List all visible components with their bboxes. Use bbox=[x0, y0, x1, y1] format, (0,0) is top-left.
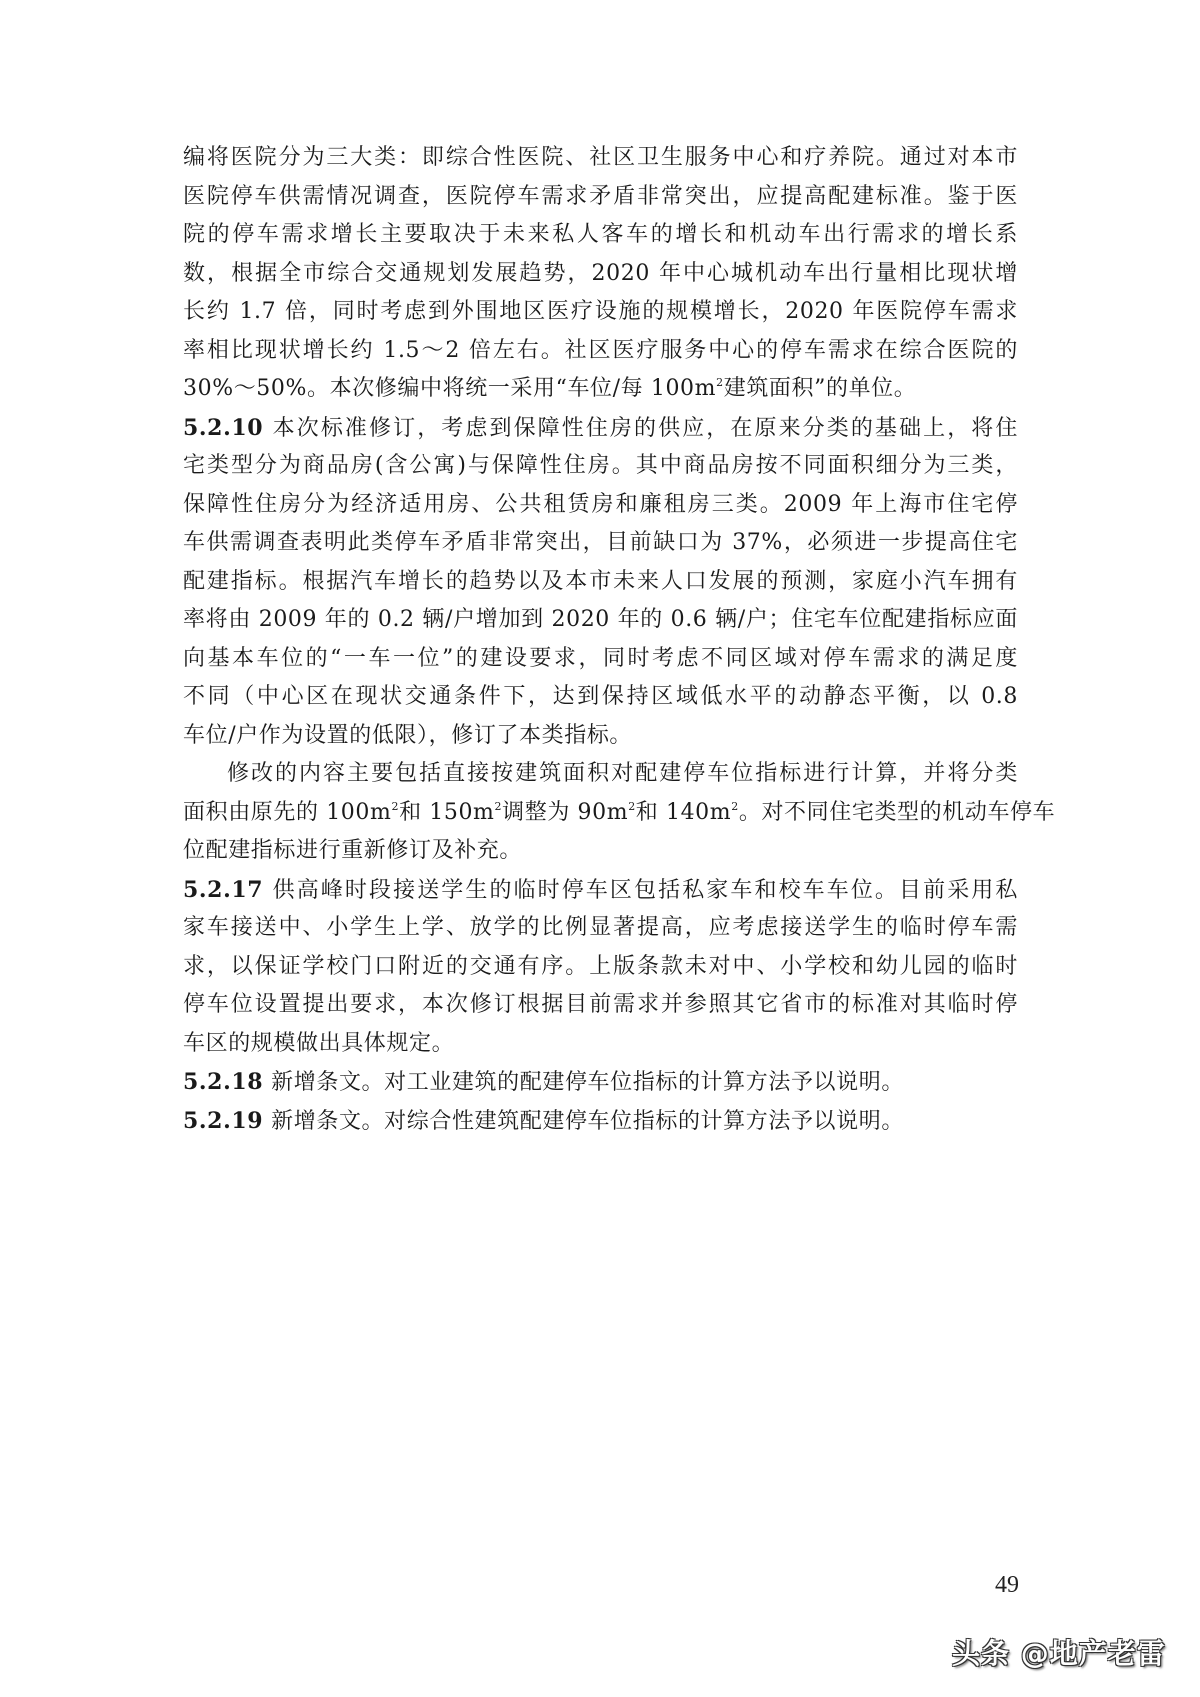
text-line: 向基本车位的“一车一位”的建设要求，同时考虑不同区域对停车需求的满足度 bbox=[183, 640, 1018, 679]
text-line: 宅类型分为商品房(含公寓)与保障性住房。其中商品房按不同面积细分为三类， bbox=[183, 447, 1018, 486]
text-fragment: 建筑面积”的单位。 bbox=[724, 376, 917, 401]
text-line: 求，以保证学校门口附近的交通有序。上版条款未对中、小学校和幼儿园的临时 bbox=[183, 948, 1018, 987]
clause-text: 新增条文。对工业建筑的配建停车位指标的计算方法予以说明。 bbox=[271, 1070, 904, 1095]
clause-5-2-10: 5.2.10本次标准修订，考虑到保障性住房的供应，在原来分类的基础上，将住 bbox=[183, 409, 1018, 448]
superscript: 2 bbox=[716, 376, 724, 389]
paragraph-start: 修改的内容主要包括直接按建筑面积对配建停车位指标进行计算，并将分类 bbox=[183, 755, 1018, 794]
text-line: 配建指标。根据汽车增长的趋势以及本市未来人口发展的预测，家庭小汽车拥有 bbox=[183, 563, 1018, 602]
text-line: 数，根据全市综合交通规划发展趋势，2020 年中心城机动车出行量相比现状增 bbox=[183, 255, 1018, 294]
text-fragment: 和 150m bbox=[399, 800, 494, 825]
text-line: 长约 1.7 倍，同时考虑到外围地区医疗设施的规模增长，2020 年医院停车需求 bbox=[183, 293, 1018, 332]
text-fragment: 30%～50%。本次修编中将统一采用“车位/每 100m bbox=[183, 376, 716, 401]
text-line: 家车接送中、小学生上学、放学的比例显著提高，应考虑接送学生的临时停车需 bbox=[183, 909, 1018, 948]
text-line: 停车位设置提出要求，本次修订根据目前需求并参照其它省市的标准对其临时停 bbox=[183, 986, 1018, 1025]
superscript: 2 bbox=[628, 800, 636, 813]
clause-number: 5.2.17 bbox=[183, 877, 263, 903]
page-number: 49 bbox=[995, 1572, 1019, 1599]
clause-5-2-19: 5.2.19新增条文。对综合性建筑配建停车位指标的计算方法予以说明。 bbox=[183, 1102, 1018, 1141]
text-line: 车区的规模做出具体规定。 bbox=[183, 1025, 1018, 1064]
text-fragment: 调整为 90m bbox=[502, 800, 628, 825]
text-line: 医院停车供需情况调查，医院停车需求矛盾非常突出，应提高配建标准。鉴于医 bbox=[183, 178, 1018, 217]
text-line: 率将由 2009 年的 0.2 辆/户增加到 2020 年的 0.6 辆/户；住… bbox=[183, 601, 1018, 640]
superscript: 2 bbox=[731, 800, 739, 813]
clause-text: 新增条文。对综合性建筑配建停车位指标的计算方法予以说明。 bbox=[271, 1109, 904, 1134]
clause-text: 本次标准修订，考虑到保障性住房的供应，在原来分类的基础上，将住 bbox=[271, 416, 1018, 441]
clause-5-2-18: 5.2.18新增条文。对工业建筑的配建停车位指标的计算方法予以说明。 bbox=[183, 1063, 1018, 1102]
text-line: 不同（中心区在现状交通条件下，达到保持区域低水平的动静态平衡，以 0.8 bbox=[183, 678, 1018, 717]
text-line: 位配建指标进行重新修订及补充。 bbox=[183, 832, 1018, 871]
text-line: 30%～50%。本次修编中将统一采用“车位/每 100m2建筑面积”的单位。 bbox=[183, 370, 1018, 409]
text-fragment: 面积由原先的 100m bbox=[183, 800, 391, 825]
text-line: 院的停车需求增长主要取决于未来私人客车的增长和机动车出行需求的增长系 bbox=[183, 216, 1018, 255]
watermark: 头条 @地产老雷 bbox=[952, 1632, 1166, 1672]
text-line: 率相比现状增长约 1.5～2 倍左右。社区医疗服务中心的停车需求在综合医院的 bbox=[183, 332, 1018, 371]
clause-number: 5.2.19 bbox=[183, 1108, 263, 1134]
text-line: 车位/户作为设置的低限），修订了本类指标。 bbox=[183, 717, 1018, 756]
text-line: 面积由原先的 100m2和 150m2调整为 90m2和 140m2。对不同住宅… bbox=[183, 794, 1018, 833]
clause-number: 5.2.10 bbox=[183, 415, 263, 441]
clause-text: 供高峰时段接送学生的临时停车区包括私家车和校车车位。目前采用私 bbox=[271, 878, 1018, 903]
text-line: 保障性住房分为经济适用房、公共租赁房和廉租房三类。2009 年上海市住宅停 bbox=[183, 486, 1018, 525]
text-line: 车供需调查表明此类停车矛盾非常突出，目前缺口为 37%，必须进一步提高住宅 bbox=[183, 524, 1018, 563]
superscript: 2 bbox=[391, 800, 399, 813]
clause-number: 5.2.18 bbox=[183, 1069, 263, 1095]
superscript: 2 bbox=[495, 800, 503, 813]
text-fragment: 。对不同住宅类型的机动车停车 bbox=[739, 800, 1055, 825]
document-body: 编将医院分为三大类：即综合性医院、社区卫生服务中心和疗养院。通过对本市 医院停车… bbox=[183, 139, 1018, 1140]
clause-5-2-17: 5.2.17供高峰时段接送学生的临时停车区包括私家车和校车车位。目前采用私 bbox=[183, 871, 1018, 910]
text-fragment: 和 140m bbox=[636, 800, 731, 825]
text-line: 编将医院分为三大类：即综合性医院、社区卫生服务中心和疗养院。通过对本市 bbox=[183, 139, 1018, 178]
